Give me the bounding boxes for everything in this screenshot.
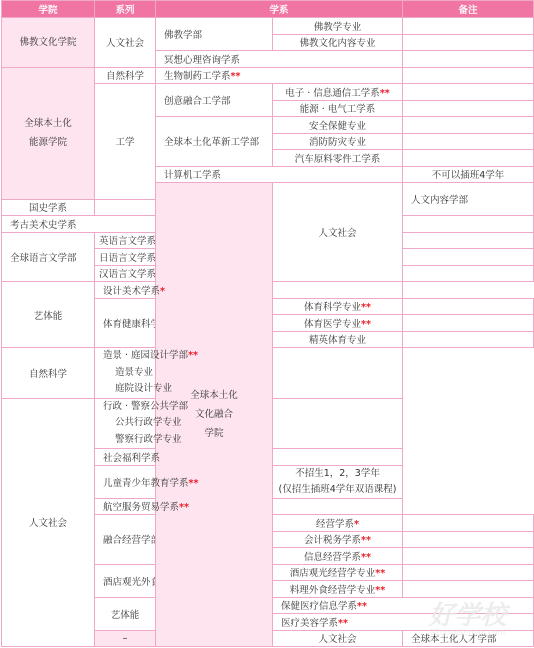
single-star-mark: * (160, 286, 165, 297)
dept-design-art: 设计美术学系* (95, 282, 273, 299)
double-star-mark: ** (375, 568, 385, 579)
note-child-youth: 不招生1，2，3学年 (仅招生插班4学年双语课程) (273, 465, 403, 498)
dept-english: 英语言文学系 (95, 232, 156, 249)
table-row: 佛教文化学院 人文社会 佛教学部 佛教学专业 (2, 18, 534, 35)
note-cell (403, 249, 534, 266)
double-star-mark: ** (361, 319, 371, 330)
major-fire: 消防防灾专业 (273, 133, 403, 150)
faculty-convergence-mgmt: 融合经营学部 (95, 515, 156, 565)
double-star-mark: ** (375, 585, 385, 596)
note-cell (403, 100, 534, 117)
note-cell (273, 398, 403, 449)
dept-label: 会计税务学系 (304, 535, 361, 546)
dept-label: 电子 · 信息通信工学系 (285, 88, 380, 99)
header-series: 系列 (95, 1, 156, 18)
dept-meditation: 冥想心理咨询学系 (156, 51, 403, 68)
table-row: 自然科学 造景 · 庭园设计学部** 造景专业 庭院设计专业 (2, 348, 534, 399)
series-nature: 自然科学 (95, 67, 156, 84)
dept-label: 酒店观光经营学专业 (290, 568, 376, 579)
double-star-mark: ** (179, 502, 189, 513)
dept-label: 体育科学专业 (304, 302, 361, 313)
note-cell (403, 548, 534, 565)
series-humanities: 人文社会 (273, 183, 403, 282)
note-cell (273, 348, 403, 399)
note-cell (273, 498, 403, 515)
note-line: 不招生1，2，3学年 (295, 468, 380, 479)
double-star-mark: ** (361, 535, 371, 546)
dept-label: 汉语言文学系 (99, 269, 156, 280)
header-college: 学院 (2, 1, 95, 18)
note-cell (403, 531, 534, 548)
dept-label: 医疗美容学系 (281, 618, 338, 629)
faculty-admin-police: 行政 · 警察公共学部 公共行政学专业 警察行政学专业 (95, 398, 273, 449)
dept-computer: 计算机工学系 (156, 166, 403, 183)
note-cell (273, 282, 403, 299)
dept-auto-parts: 汽车原料零件工学系 (273, 150, 403, 167)
dept-child-youth: 儿童青少年教育学系** (95, 465, 273, 498)
dept-label: 儿童青少年教育学系 (103, 478, 189, 489)
note-computer: 不可以插班4学年 (403, 166, 534, 183)
header-department: 学系 (156, 1, 403, 18)
dept-national-history: 国史学系 (2, 199, 95, 216)
dept-label: 设计美术学系 (103, 286, 160, 297)
double-star-mark: ** (338, 618, 348, 629)
note-cell (403, 117, 534, 134)
dept-chinese: 汉语言文学系* (95, 265, 156, 282)
faculty-landscape: 造景 · 庭园设计学部** 造景专业 庭院设计专业 (95, 348, 273, 399)
major-landscape: 造景专业 (103, 365, 268, 382)
note-cell (403, 84, 534, 101)
dept-label: 航空服务贸易学系 (103, 502, 179, 513)
dept-aviation: 航空服务贸易学系** (95, 498, 273, 515)
college-name-line: 能源学院 (29, 137, 67, 148)
note-cell (403, 34, 534, 51)
faculty-humanities-content: 人文内容学部 (403, 183, 534, 216)
faculty-landscape-title: 造景 · 庭园设计学部** (103, 348, 268, 365)
college-name-line: 学院 (204, 428, 223, 439)
note-cell (403, 18, 534, 35)
series-engineering: 工学 (95, 84, 156, 200)
college-none: – (95, 630, 156, 647)
major-buddhist-culture-content: 佛教文化内容专业 (273, 34, 403, 51)
note-cell (403, 150, 534, 167)
series-arts-sports: 艺体能 (95, 597, 156, 630)
departments-table: 学院 系列 学系 备注 佛教文化学院 人文社会 佛教学部 佛教学专业 佛教文化内… (1, 0, 534, 647)
faculty-global-lang: 全球语言文学部 (2, 232, 95, 282)
college-name-line: 全球本土化 (24, 118, 72, 129)
faculty-creative-eng: 创意融合工学部 (156, 84, 273, 117)
major-buddhism: 佛教学专业 (273, 18, 403, 35)
dept-label: 料理外食经营学专业 (290, 585, 376, 596)
dept-label: 保健医疗信息学系 (281, 601, 357, 612)
note-cell (403, 232, 534, 249)
series-humanities: 人文社会 (95, 18, 156, 68)
note-cell (403, 216, 534, 233)
dept-medical-beauty: 医疗美容学系** (273, 614, 534, 631)
note-cell (403, 265, 534, 282)
dept-management: 经营学系* (273, 515, 403, 532)
note-cell (403, 67, 534, 84)
note-cell (403, 564, 534, 581)
dept-biopharm: 生物制药工学系** (156, 67, 403, 84)
series-arts-sports: 艺体能 (2, 282, 95, 348)
dept-health-info: 保健医疗信息学系** (273, 597, 534, 614)
major-police-admin: 警察行政学专业 (103, 432, 268, 449)
dept-accounting-tax: 会计税务学系** (273, 531, 403, 548)
series-humanities: 人文社会 (273, 630, 403, 647)
series-nature: 自然科学 (2, 348, 95, 399)
note-cell (95, 199, 156, 216)
double-star-mark: ** (231, 71, 241, 82)
major-sports-medicine: 体育医学专业** (273, 315, 403, 332)
dept-label: 信息经营学系 (304, 552, 361, 563)
header-note: 备注 (403, 1, 534, 18)
major-elite-sports: 精英体育专业 (273, 331, 403, 348)
double-star-mark: ** (357, 601, 367, 612)
note-cell (403, 51, 534, 68)
faculty-glocal-innovation: 全球本土化革新工学部 (156, 117, 273, 167)
dept-energy-elec: 能源 · 电气工学系 (273, 100, 403, 117)
dept-electronics: 电子 · 信息通信工学系** (273, 84, 403, 101)
major-hotel-tourism: 酒店观光经营学专业** (273, 564, 403, 581)
dept-archaeology: 考古美术史学系 (2, 216, 156, 233)
college-name-line: 全球本土化 (190, 390, 238, 401)
major-public-admin: 公共行政学专业 (103, 415, 268, 432)
note-cell (403, 331, 534, 348)
dept-info-mgmt: 信息经营学系** (273, 548, 403, 565)
table-header-row: 学院 系列 学系 备注 (2, 1, 534, 18)
single-star-mark: * (354, 519, 359, 530)
faculty-hotel-tourism: 酒店观光外食经营学部 (95, 564, 156, 597)
dept-japanese: 日语言文学系 (95, 249, 156, 266)
table-row: 全球本土化 能源学院 自然科学 生物制药工学系** (2, 67, 534, 84)
note-line: (仅招生插班4学年双语课程) (279, 484, 397, 495)
faculty-sports-health: 体育健康科学部 (95, 298, 156, 348)
note-cell (403, 515, 534, 532)
major-sports-science: 体育科学专业** (273, 298, 403, 315)
dept-social-welfare: 社会福利学系 (95, 449, 273, 466)
double-star-mark: ** (380, 88, 390, 99)
college-name-line: 文化融合 (195, 409, 233, 420)
double-star-mark: ** (189, 478, 199, 489)
major-garden-design: 庭院设计专业 (103, 381, 268, 398)
table-row: 艺体能 设计美术学系* (2, 282, 534, 299)
faculty-buddhism: 佛教学部 (156, 18, 273, 51)
dept-label: 经营学系 (316, 519, 354, 530)
major-safety: 安全保健专业 (273, 117, 403, 134)
dept-label: 生物制药工学系 (164, 71, 231, 82)
double-star-mark: ** (361, 302, 371, 313)
table-row: 人文社会 行政 · 警察公共学部 公共行政学专业 警察行政学专业 (2, 398, 534, 449)
note-cell (403, 133, 534, 150)
double-star-mark: ** (188, 350, 198, 361)
dept-label: 体育医学专业 (304, 319, 361, 330)
note-cell (403, 315, 534, 332)
faculty-glocal-talent: 全球本土化人才学部 (403, 630, 534, 647)
faculty-admin-police-title: 行政 · 警察公共学部 (103, 399, 268, 416)
double-star-mark: ** (361, 552, 371, 563)
note-cell (403, 298, 534, 315)
note-cell (403, 581, 534, 598)
college-buddhist-culture: 佛教文化学院 (2, 18, 95, 68)
series-humanities: 人文社会 (2, 398, 95, 647)
college-glocal-energy: 全球本土化 能源学院 (2, 67, 95, 199)
dept-label: 造景 · 庭园设计学部 (103, 350, 188, 361)
note-cell (273, 449, 403, 466)
major-culinary: 料理外食经营学专业** (273, 581, 403, 598)
